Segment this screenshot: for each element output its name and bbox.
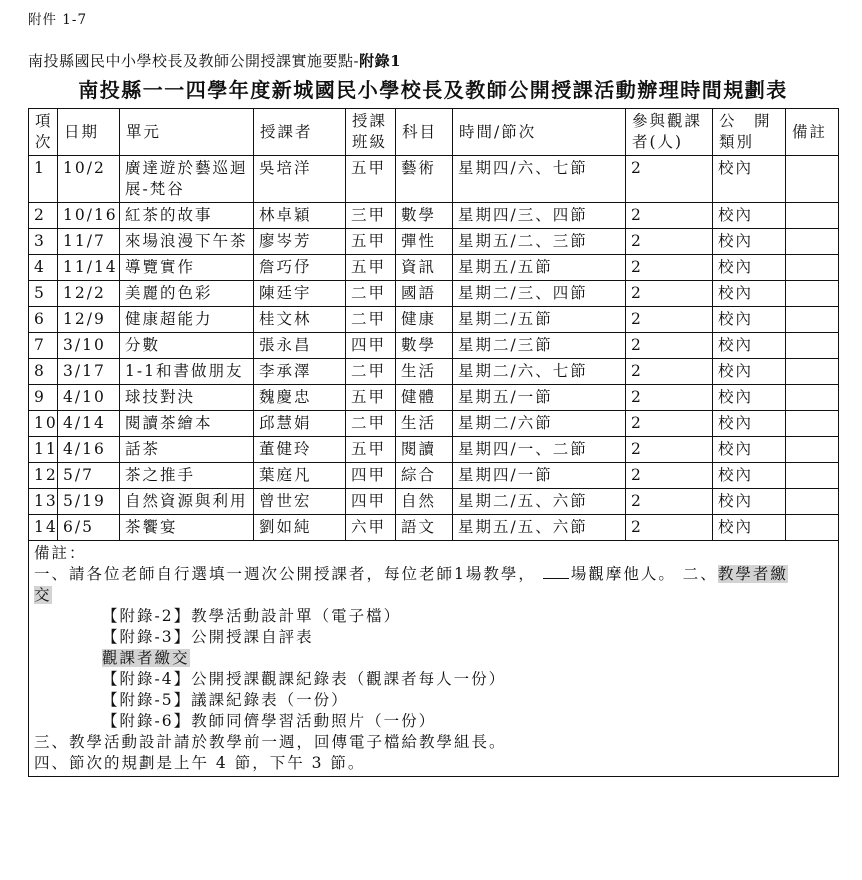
cell-subject: 藝術 (396, 156, 453, 203)
cell-remark (786, 515, 839, 541)
cell-unit: 紅茶的故事 (120, 203, 254, 229)
cell-subject: 自然 (396, 489, 453, 515)
cell-category: 校內 (713, 156, 786, 203)
cell-date: 12/9 (58, 307, 120, 333)
note-highlight: 教學者繳 (718, 565, 788, 583)
requirements-prefix: 南投縣國民中小學校長及教師公開授課實施要點- (28, 52, 359, 70)
cell-observers: 2 (626, 203, 713, 229)
cell-seq: 6 (29, 307, 58, 333)
blank-underline (543, 564, 569, 579)
col-header-class: 授課 班級 (346, 109, 396, 156)
note-text: 場觀摩他人。 二、 (571, 565, 718, 583)
cell-teacher: 陳廷宇 (254, 281, 346, 307)
cell-unit: 閱讀茶繪本 (120, 411, 254, 437)
cell-class: 五甲 (346, 229, 396, 255)
cell-teacher: 董健玲 (254, 437, 346, 463)
cell-class: 五甲 (346, 385, 396, 411)
cell-unit: 茶饗宴 (120, 515, 254, 541)
cell-unit: 來場浪漫下午茶 (120, 229, 254, 255)
cell-unit: 茶之推手 (120, 463, 254, 489)
col-header-seq: 項 次 (29, 109, 58, 156)
col-header-category: 公 開 類別 (713, 109, 786, 156)
note-text: 【附錄-6】教師同儕學習活動照片（一份） (102, 712, 436, 730)
cell-remark (786, 156, 839, 203)
cell-time: 星期二/五、六節 (453, 489, 626, 515)
cell-class: 五甲 (346, 156, 396, 203)
cell-date: 4/14 (58, 411, 120, 437)
cell-remark (786, 255, 839, 281)
cell-category: 校內 (713, 411, 786, 437)
note-text: 【附錄-3】公開授課自評表 (102, 628, 314, 646)
cell-unit: 美麗的色彩 (120, 281, 254, 307)
cell-date: 5/7 (58, 463, 120, 489)
cell-teacher: 葉庭凡 (254, 463, 346, 489)
cell-teacher: 劉如純 (254, 515, 346, 541)
cell-date: 10/2 (58, 156, 120, 203)
cell-remark (786, 281, 839, 307)
cell-subject: 健康 (396, 307, 453, 333)
cell-subject: 彈性 (396, 229, 453, 255)
table-row-12: 125/7茶之推手葉庭凡四甲綜合星期四/一節2校內 (29, 463, 839, 489)
cell-seq: 3 (29, 229, 58, 255)
cell-subject: 國語 (396, 281, 453, 307)
cell-time: 星期五/五節 (453, 255, 626, 281)
cell-teacher: 吳培洋 (254, 156, 346, 203)
cell-time: 星期五/二、三節 (453, 229, 626, 255)
cell-teacher: 魏慶忠 (254, 385, 346, 411)
cell-teacher: 桂文林 (254, 307, 346, 333)
table-row-14: 146/5茶饗宴劉如純六甲語文星期五/五、六節2校內 (29, 515, 839, 541)
cell-observers: 2 (626, 333, 713, 359)
document-title: 南投縣一一四學年度新城國民小學校長及教師公開授課活動辦理時間規劃表 (28, 74, 838, 103)
cell-observers: 2 (626, 385, 713, 411)
cell-category: 校內 (713, 255, 786, 281)
cell-subject: 資訊 (396, 255, 453, 281)
cell-unit: 健康超能力 (120, 307, 254, 333)
cell-time: 星期五/一節 (453, 385, 626, 411)
cell-date: 11/14 (58, 255, 120, 281)
cell-subject: 閱讀 (396, 437, 453, 463)
cell-time: 星期二/六節 (453, 411, 626, 437)
cell-date: 5/19 (58, 489, 120, 515)
note-text: 三、教學活動設計請於教學前一週，回傳電子檔給教學組長。 (34, 733, 507, 751)
col-header-remark: 備註 (786, 109, 839, 156)
cell-category: 校內 (713, 359, 786, 385)
cell-remark (786, 307, 839, 333)
table-row-7: 73/10分數張永昌四甲數學星期二/三節2校內 (29, 333, 839, 359)
cell-subject: 生活 (396, 411, 453, 437)
note-line: 一、請各位老師自行選填一週次公開授課者，每位老師1場教學，場觀摩他人。 二、教學… (34, 564, 836, 585)
cell-class: 五甲 (346, 255, 396, 281)
note-line: 【附錄-4】公開授課觀課紀錄表（觀課者每人一份） (102, 669, 836, 690)
cell-category: 校內 (713, 333, 786, 359)
cell-unit: 球技對決 (120, 385, 254, 411)
note-text: 【附錄-2】教學活動設計單（電子檔） (102, 607, 401, 625)
note-text: 【附錄-5】議課紀錄表（一份） (102, 691, 349, 709)
cell-time: 星期二/六、七節 (453, 359, 626, 385)
cell-date: 11/7 (58, 229, 120, 255)
col-header-subject: 科目 (396, 109, 453, 156)
cell-teacher: 廖岑芳 (254, 229, 346, 255)
cell-seq: 7 (29, 333, 58, 359)
cell-class: 四甲 (346, 463, 396, 489)
cell-subject: 健體 (396, 385, 453, 411)
cell-category: 校內 (713, 281, 786, 307)
cell-category: 校內 (713, 437, 786, 463)
note-text: 一、請各位老師自行選填一週次公開授課者，每位老師1場教學， (34, 565, 536, 583)
cell-observers: 2 (626, 463, 713, 489)
schedule-table: 項 次日期單元授課者授課 班級科目時間/節次參與觀課 者(人)公 開 類別備註1… (28, 108, 839, 777)
cell-date: 4/10 (58, 385, 120, 411)
col-header-teacher: 授課者 (254, 109, 346, 156)
cell-unit: 話茶 (120, 437, 254, 463)
cell-seq: 8 (29, 359, 58, 385)
cell-unit: 廣達遊於藝巡迴展-梵谷 (120, 156, 254, 203)
note-line: 四、節次的規劃是上午 4 節，下午 3 節。 (34, 753, 836, 774)
cell-unit: 分數 (120, 333, 254, 359)
cell-remark (786, 333, 839, 359)
cell-seq: 2 (29, 203, 58, 229)
note-line: 【附錄-3】公開授課自評表 (102, 627, 836, 648)
cell-date: 3/10 (58, 333, 120, 359)
table-row-4: 411/14導覽實作詹巧伃五甲資訊星期五/五節2校內 (29, 255, 839, 281)
cell-category: 校內 (713, 489, 786, 515)
cell-category: 校內 (713, 515, 786, 541)
cell-observers: 2 (626, 489, 713, 515)
cell-subject: 數學 (396, 203, 453, 229)
col-header-time: 時間/節次 (453, 109, 626, 156)
col-header-date: 日期 (58, 109, 120, 156)
note-line: 【附錄-5】議課紀錄表（一份） (102, 690, 836, 711)
cell-category: 校內 (713, 229, 786, 255)
cell-unit: 1-1和書做朋友 (120, 359, 254, 385)
table-row-10: 104/14閱讀茶繪本邱慧娟二甲生活星期二/六節2校內 (29, 411, 839, 437)
cell-class: 五甲 (346, 437, 396, 463)
notes-cell: 備註：一、請各位老師自行選填一週次公開授課者，每位老師1場教學，場觀摩他人。 二… (29, 541, 839, 777)
cell-date: 12/2 (58, 281, 120, 307)
table-row-3: 311/7來場浪漫下午茶廖岑芳五甲彈性星期五/二、三節2校內 (29, 229, 839, 255)
cell-time: 星期四/一節 (453, 463, 626, 489)
col-header-unit: 單元 (120, 109, 254, 156)
cell-teacher: 張永昌 (254, 333, 346, 359)
table-row-6: 612/9健康超能力桂文林二甲健康星期二/五節2校內 (29, 307, 839, 333)
cell-observers: 2 (626, 411, 713, 437)
appendix-ref: 附錄1 (359, 52, 401, 70)
cell-teacher: 曾世宏 (254, 489, 346, 515)
cell-observers: 2 (626, 156, 713, 203)
note-text: 四、節次的規劃是上午 4 節，下午 3 節。 (34, 754, 365, 772)
note-text: 【附錄-4】公開授課觀課紀錄表（觀課者每人一份） (102, 670, 506, 688)
notes-row: 備註：一、請各位老師自行選填一週次公開授課者，每位老師1場教學，場觀摩他人。 二… (29, 541, 839, 777)
header-row: 項 次日期單元授課者授課 班級科目時間/節次參與觀課 者(人)公 開 類別備註 (29, 109, 839, 156)
cell-unit: 導覽實作 (120, 255, 254, 281)
cell-class: 三甲 (346, 203, 396, 229)
note-line: 【附錄-2】教學活動設計單（電子檔） (102, 606, 836, 627)
cell-class: 四甲 (346, 489, 396, 515)
table-row-11: 114/16話茶董健玲五甲閱讀星期四/一、二節2校內 (29, 437, 839, 463)
cell-teacher: 李承澤 (254, 359, 346, 385)
cell-observers: 2 (626, 437, 713, 463)
cell-observers: 2 (626, 255, 713, 281)
cell-date: 10/16 (58, 203, 120, 229)
cell-subject: 數學 (396, 333, 453, 359)
table-row-2: 210/16紅茶的故事林卓穎三甲數學星期四/三、四節2校內 (29, 203, 839, 229)
cell-observers: 2 (626, 359, 713, 385)
cell-class: 六甲 (346, 515, 396, 541)
cell-category: 校內 (713, 385, 786, 411)
cell-remark (786, 411, 839, 437)
cell-remark (786, 229, 839, 255)
cell-class: 二甲 (346, 307, 396, 333)
cell-time: 星期二/三節 (453, 333, 626, 359)
cell-time: 星期四/一、二節 (453, 437, 626, 463)
cell-observers: 2 (626, 229, 713, 255)
attachment-label: 附件 1-7 (28, 8, 87, 28)
schedule-table-body: 項 次日期單元授課者授課 班級科目時間/節次參與觀課 者(人)公 開 類別備註1… (29, 109, 839, 777)
cell-time: 星期四/六、七節 (453, 156, 626, 203)
cell-time: 星期五/五、六節 (453, 515, 626, 541)
table-row-5: 512/2美麗的色彩陳廷宇二甲國語星期二/三、四節2校內 (29, 281, 839, 307)
cell-remark (786, 489, 839, 515)
note-line: 交 (34, 585, 836, 606)
cell-remark (786, 203, 839, 229)
cell-remark (786, 385, 839, 411)
col-header-observers: 參與觀課 者(人) (626, 109, 713, 156)
cell-subject: 綜合 (396, 463, 453, 489)
cell-observers: 2 (626, 281, 713, 307)
cell-class: 二甲 (346, 281, 396, 307)
cell-time: 星期二/五節 (453, 307, 626, 333)
cell-seq: 9 (29, 385, 58, 411)
cell-seq: 13 (29, 489, 58, 515)
cell-remark (786, 359, 839, 385)
document-page: 附件 1-7 南投縣國民中小學校長及教師公開授課實施要點-附錄1 南投縣一一四學… (0, 0, 862, 880)
note-line: 【附錄-6】教師同儕學習活動照片（一份） (102, 711, 836, 732)
table-row-13: 135/19自然資源與利用曾世宏四甲自然星期二/五、六節2校內 (29, 489, 839, 515)
cell-teacher: 詹巧伃 (254, 255, 346, 281)
cell-class: 四甲 (346, 333, 396, 359)
cell-observers: 2 (626, 307, 713, 333)
cell-remark (786, 463, 839, 489)
note-highlight: 觀課者繳交 (102, 649, 190, 667)
cell-category: 校內 (713, 463, 786, 489)
cell-unit: 自然資源與利用 (120, 489, 254, 515)
notes-heading: 備註： (34, 543, 836, 564)
cell-class: 二甲 (346, 411, 396, 437)
note-highlight: 交 (34, 586, 52, 604)
cell-category: 校內 (713, 307, 786, 333)
cell-seq: 1 (29, 156, 58, 203)
cell-seq: 14 (29, 515, 58, 541)
cell-time: 星期四/三、四節 (453, 203, 626, 229)
cell-date: 3/17 (58, 359, 120, 385)
cell-subject: 語文 (396, 515, 453, 541)
table-row-9: 94/10球技對決魏慶忠五甲健體星期五/一節2校內 (29, 385, 839, 411)
cell-seq: 11 (29, 437, 58, 463)
cell-observers: 2 (626, 515, 713, 541)
table-row-8: 83/171-1和書做朋友李承澤二甲生活星期二/六、七節2校內 (29, 359, 839, 385)
cell-seq: 10 (29, 411, 58, 437)
cell-seq: 12 (29, 463, 58, 489)
cell-class: 二甲 (346, 359, 396, 385)
note-line: 三、教學活動設計請於教學前一週，回傳電子檔給教學組長。 (34, 732, 836, 753)
cell-remark (786, 437, 839, 463)
cell-category: 校內 (713, 203, 786, 229)
cell-teacher: 邱慧娟 (254, 411, 346, 437)
cell-subject: 生活 (396, 359, 453, 385)
cell-seq: 5 (29, 281, 58, 307)
requirements-line: 南投縣國民中小學校長及教師公開授課實施要點-附錄1 (28, 50, 401, 71)
cell-date: 6/5 (58, 515, 120, 541)
cell-time: 星期二/三、四節 (453, 281, 626, 307)
cell-date: 4/16 (58, 437, 120, 463)
table-row-1: 110/2廣達遊於藝巡迴展-梵谷吳培洋五甲藝術星期四/六、七節2校內 (29, 156, 839, 203)
note-line: 觀課者繳交 (102, 648, 836, 669)
cell-seq: 4 (29, 255, 58, 281)
cell-teacher: 林卓穎 (254, 203, 346, 229)
